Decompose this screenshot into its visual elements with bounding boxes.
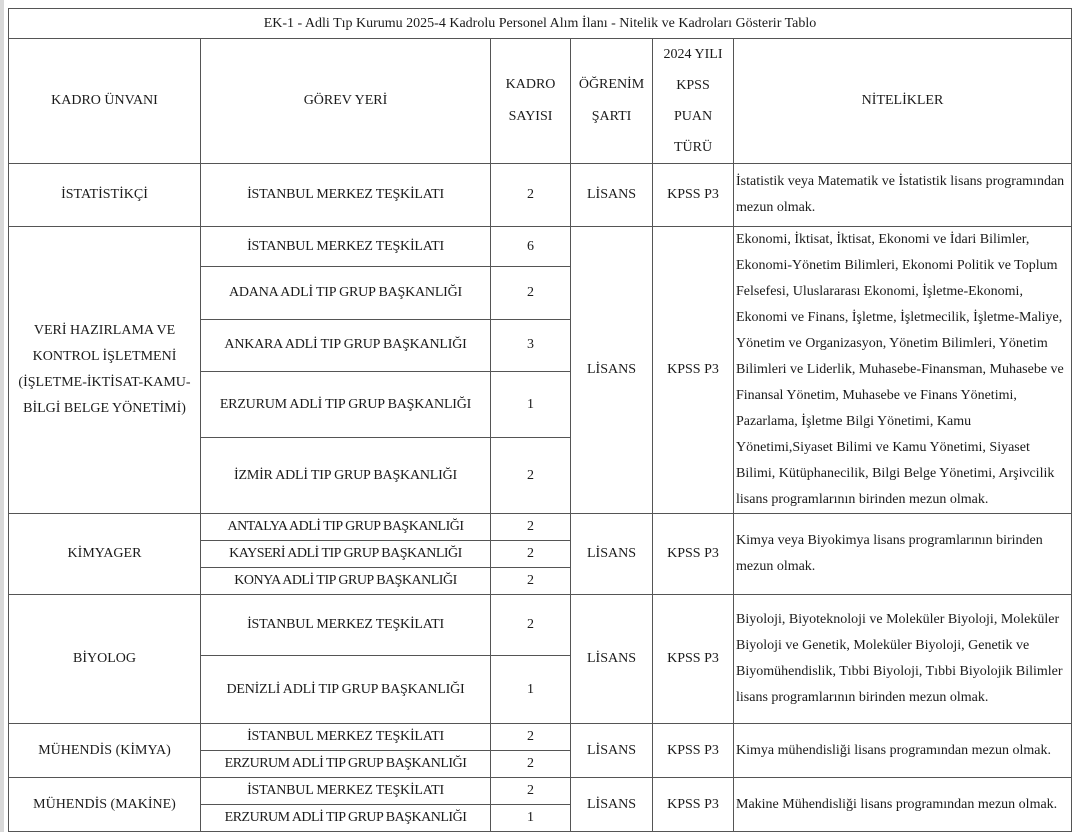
kadro-unvani: MÜHENDİS (MAKİNE): [9, 778, 201, 832]
kpss-puan-turu: KPSS P3: [653, 164, 734, 227]
header-kadro-sayisi-line2: SAYISI: [509, 109, 553, 124]
kpss-puan-turu: KPSS P3: [653, 724, 734, 778]
table-row: VERİ HAZIRLAMA VE KONTROL İŞLETMENİ (İŞL…: [9, 227, 1072, 267]
gorev-yeri: ERZURUM ADLİ TIP GRUP BAŞKANLIĞI: [201, 751, 491, 778]
header-kadro-unvani: KADRO ÜNVANI: [9, 39, 201, 164]
header-ogrenim-line2: ŞARTI: [592, 109, 632, 124]
kadro-sayisi: 1: [491, 656, 571, 724]
table-row: MÜHENDİS (KİMYA) İSTANBUL MERKEZ TEŞKİLA…: [9, 724, 1072, 751]
gorev-yeri: İSTANBUL MERKEZ TEŞKİLATI: [201, 227, 491, 267]
kpss-puan-turu: KPSS P3: [653, 514, 734, 595]
gorev-yeri: KAYSERİ ADLİ TIP GRUP BAŞKANLIĞI: [201, 541, 491, 568]
gorev-yeri: ERZURUM ADLİ TIP GRUP BAŞKANLIĞI: [201, 805, 491, 832]
ogrenim-sarti: LİSANS: [571, 164, 653, 227]
header-kpss-puan-turu: 2024 YILI KPSS PUAN TÜRÜ: [653, 39, 734, 164]
kadro-sayisi: 2: [491, 751, 571, 778]
nitelikler: Ekonomi, İktisat, İktisat, Ekonomi ve İd…: [734, 227, 1072, 514]
header-nitelikler: NİTELİKLER: [734, 39, 1072, 164]
gorev-yeri: İSTANBUL MERKEZ TEŞKİLATI: [201, 595, 491, 656]
kadro-sayisi: 2: [491, 568, 571, 595]
header-kpss-line2: KPSS: [676, 78, 709, 93]
nitelikler: Kimya veya Biyokimya lisans programların…: [734, 514, 1072, 595]
kadro-unvani: KİMYAGER: [9, 514, 201, 595]
gorev-yeri: ANKARA ADLİ TIP GRUP BAŞKANLIĞI: [201, 319, 491, 371]
header-ogrenim-sarti: ÖĞRENİM ŞARTI: [571, 39, 653, 164]
gorev-yeri: İSTANBUL MERKEZ TEŞKİLATI: [201, 724, 491, 751]
positions-table: EK-1 - Adli Tıp Kurumu 2025-4 Kadrolu Pe…: [8, 8, 1072, 832]
kadro-unvani: BİYOLOG: [9, 595, 201, 724]
ogrenim-sarti: LİSANS: [571, 227, 653, 514]
nitelikler: İstatistik veya Matematik ve İstatistik …: [734, 164, 1072, 227]
gorev-yeri: KONYA ADLİ TIP GRUP BAŞKANLIĞI: [201, 568, 491, 595]
window-edge: [0, 0, 4, 832]
nitelikler: Kimya mühendisliği lisans programından m…: [734, 724, 1072, 778]
gorev-yeri: ERZURUM ADLİ TIP GRUP BAŞKANLIĞI: [201, 371, 491, 437]
header-kadro-sayisi: KADRO SAYISI: [491, 39, 571, 164]
kpss-puan-turu: KPSS P3: [653, 227, 734, 514]
header-row: KADRO ÜNVANI GÖREV YERİ KADRO SAYISI ÖĞR…: [9, 39, 1072, 164]
gorev-yeri: İSTANBUL MERKEZ TEŞKİLATI: [201, 778, 491, 805]
header-kpss-line3: PUAN: [674, 109, 712, 124]
nitelikler: Makine Mühendisliği lisans programından …: [734, 778, 1072, 832]
table-row: BİYOLOG İSTANBUL MERKEZ TEŞKİLATI 2 LİSA…: [9, 595, 1072, 656]
ogrenim-sarti: LİSANS: [571, 595, 653, 724]
gorev-yeri: DENİZLİ ADLİ TIP GRUP BAŞKANLIĞI: [201, 656, 491, 724]
kadro-unvani: VERİ HAZIRLAMA VE KONTROL İŞLETMENİ (İŞL…: [9, 227, 201, 514]
kpss-puan-turu: KPSS P3: [653, 778, 734, 832]
header-kpss-line1: 2024 YILI: [664, 47, 723, 62]
kadro-sayisi: 2: [491, 595, 571, 656]
gorev-yeri: İSTANBUL MERKEZ TEŞKİLATI: [201, 164, 491, 227]
kadro-sayisi: 2: [491, 267, 571, 319]
table-row: MÜHENDİS (MAKİNE) İSTANBUL MERKEZ TEŞKİL…: [9, 778, 1072, 805]
gorev-yeri: ADANA ADLİ TIP GRUP BAŞKANLIĞI: [201, 267, 491, 319]
kadro-sayisi: 2: [491, 514, 571, 541]
table-row: İSTATİSTİKÇİ İSTANBUL MERKEZ TEŞKİLATI 2…: [9, 164, 1072, 227]
header-kadro-sayisi-line1: KADRO: [506, 77, 556, 92]
header-ogrenim-line1: ÖĞRENİM: [579, 77, 644, 92]
nitelikler: Biyoloji, Biyoteknoloji ve Moleküler Biy…: [734, 595, 1072, 724]
kadro-sayisi: 2: [491, 438, 571, 514]
kadro-unvani: MÜHENDİS (KİMYA): [9, 724, 201, 778]
ogrenim-sarti: LİSANS: [571, 724, 653, 778]
kadro-sayisi: 6: [491, 227, 571, 267]
table-title: EK-1 - Adli Tıp Kurumu 2025-4 Kadrolu Pe…: [9, 9, 1072, 39]
kadro-sayisi: 3: [491, 319, 571, 371]
ogrenim-sarti: LİSANS: [571, 514, 653, 595]
header-gorev-yeri: GÖREV YERİ: [201, 39, 491, 164]
kadro-sayisi: 1: [491, 371, 571, 437]
kadro-sayisi: 2: [491, 164, 571, 227]
kadro-sayisi: 2: [491, 541, 571, 568]
kadro-sayisi: 2: [491, 778, 571, 805]
gorev-yeri: İZMİR ADLİ TIP GRUP BAŞKANLIĞI: [201, 438, 491, 514]
kadro-sayisi: 1: [491, 805, 571, 832]
kadro-sayisi: 2: [491, 724, 571, 751]
gorev-yeri: ANTALYA ADLİ TIP GRUP BAŞKANLIĞI: [201, 514, 491, 541]
table-row: KİMYAGER ANTALYA ADLİ TIP GRUP BAŞKANLIĞ…: [9, 514, 1072, 541]
kadro-unvani: İSTATİSTİKÇİ: [9, 164, 201, 227]
ogrenim-sarti: LİSANS: [571, 778, 653, 832]
kpss-puan-turu: KPSS P3: [653, 595, 734, 724]
header-kpss-line4: TÜRÜ: [674, 140, 712, 155]
